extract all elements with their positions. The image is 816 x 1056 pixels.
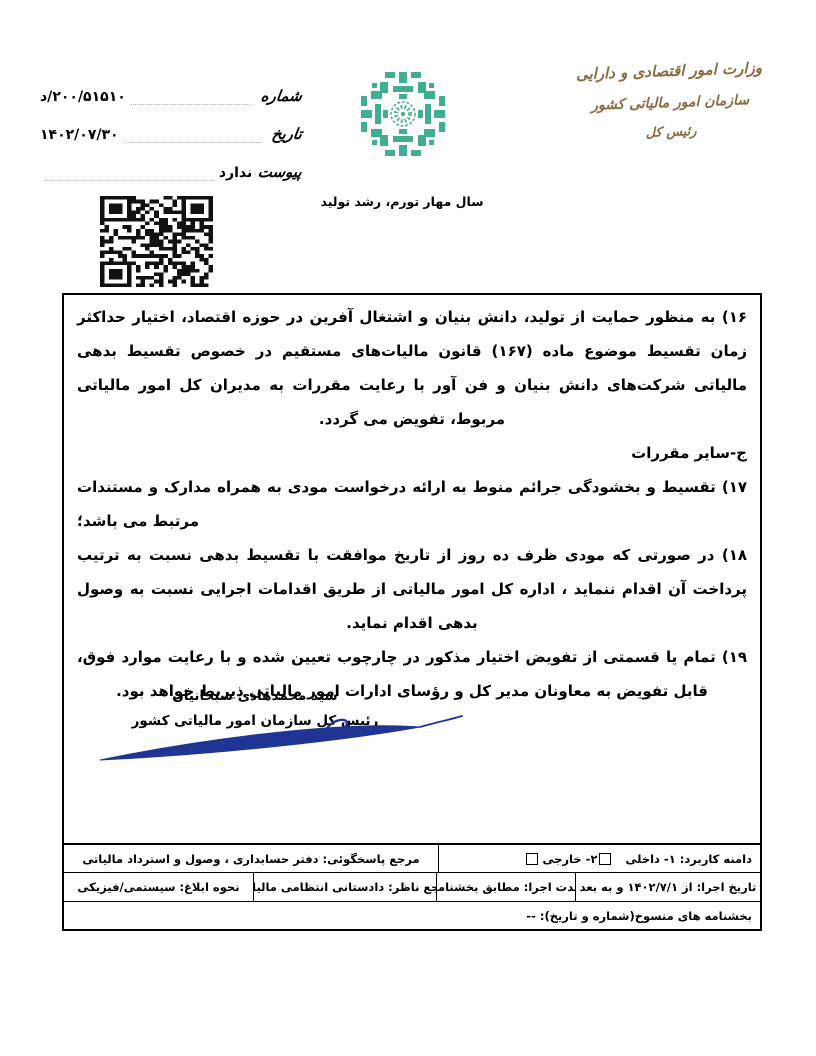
letter-date-value: ۱۴۰۲/۰۷/۳۰ — [40, 127, 119, 143]
footer-row-2: تاریخ اجرا: از ۱۴۰۲/۷/۱ و به بعد مدت اجر… — [64, 872, 760, 901]
checkbox-external — [526, 853, 538, 865]
paragraph-18: ۱۸) در صورتی که مودی ظرف ده روز از تاریخ… — [77, 538, 747, 640]
scope-cell: دامنه کاربرد: ۱- داخلی ۲- خارجی — [438, 845, 760, 872]
supervisor-cell: مرجع ناظر: دادستانی انتظامی مالیاتی — [253, 873, 436, 901]
dotted-rule — [131, 89, 250, 105]
delivery-method-cell: نحوه ابلاغ: سیستمی/فیزیکی — [64, 873, 253, 901]
exec-date-cell: تاریخ اجرا: از ۱۴۰۲/۷/۱ و به بعد — [575, 873, 760, 901]
tax-organization-emblem-icon — [352, 64, 454, 164]
letterhead: وزارت امور اقتصادی و دارایی سازمان امور … — [547, 58, 794, 144]
scope-option-external: ۲- خارجی — [543, 852, 598, 866]
letter-date-row: تاریخ ۱۴۰۲/۰۷/۳۰ — [40, 118, 302, 143]
checkbox-internal — [599, 853, 611, 865]
dotted-rule — [45, 165, 214, 181]
paragraph-16: ۱۶) به منظور حمایت از تولید، دانش بنیان … — [77, 300, 747, 436]
attachment-value: ندارد — [219, 165, 252, 181]
scope-label: دامنه کاربرد: — [680, 852, 752, 866]
letter-number-value: ۲۰۰/۵۱۵۱۰/د — [40, 89, 126, 105]
section-heading: ج-سایر مقررات — [77, 436, 747, 470]
year-slogan: سال مهار تورم، رشد تولید — [312, 194, 492, 209]
attachment-row: پیوست ندارد — [40, 156, 302, 181]
ministry-name: وزارت امور اقتصادی و دارایی — [547, 58, 791, 85]
office-name: رئیس کل — [549, 121, 793, 145]
letter-number-row: شماره ۲۰۰/۵۱۵۱۰/د — [40, 80, 302, 105]
signature-ink-icon — [88, 708, 463, 770]
exec-duration-cell: مدت اجرا: مطابق بخشنامه — [436, 873, 575, 901]
footer-row-1: دامنه کاربرد: ۱- داخلی ۲- خارجی مرجع پاس… — [64, 845, 760, 872]
footer-table: دامنه کاربرد: ۱- داخلی ۲- خارجی مرجع پاس… — [62, 843, 762, 931]
paragraph-17: ۱۷) تقسیط و بخشودگی جرائم منوط به ارائه … — [77, 470, 747, 538]
letter-date-label: تاریخ — [271, 125, 303, 143]
responder-cell: مرجع پاسخگوئی: دفتر حسابداری ، وصول و اس… — [64, 845, 438, 872]
footer-row-3: بخشنامه های منسوخ(شماره و تاریخ): -- — [64, 901, 760, 929]
superseded-cell: بخشنامه های منسوخ(شماره و تاریخ): -- — [64, 902, 760, 929]
signatory-name: سید محمدهادی سبحانیان — [110, 684, 400, 709]
document-page: شماره ۲۰۰/۵۱۵۱۰/د تاریخ ۱۴۰۲/۰۷/۳۰ پیوست… — [0, 0, 816, 1056]
letter-number-label: شماره — [260, 87, 303, 105]
qr-code — [100, 196, 213, 287]
attachment-label: پیوست — [257, 163, 303, 181]
reference-fields: شماره ۲۰۰/۵۱۵۱۰/د تاریخ ۱۴۰۲/۰۷/۳۰ پیوست… — [40, 80, 302, 194]
dotted-rule — [124, 127, 262, 143]
organization-name: سازمان امور مالیاتی کشور — [548, 91, 792, 116]
scope-option-internal: ۱- داخلی — [625, 852, 675, 866]
